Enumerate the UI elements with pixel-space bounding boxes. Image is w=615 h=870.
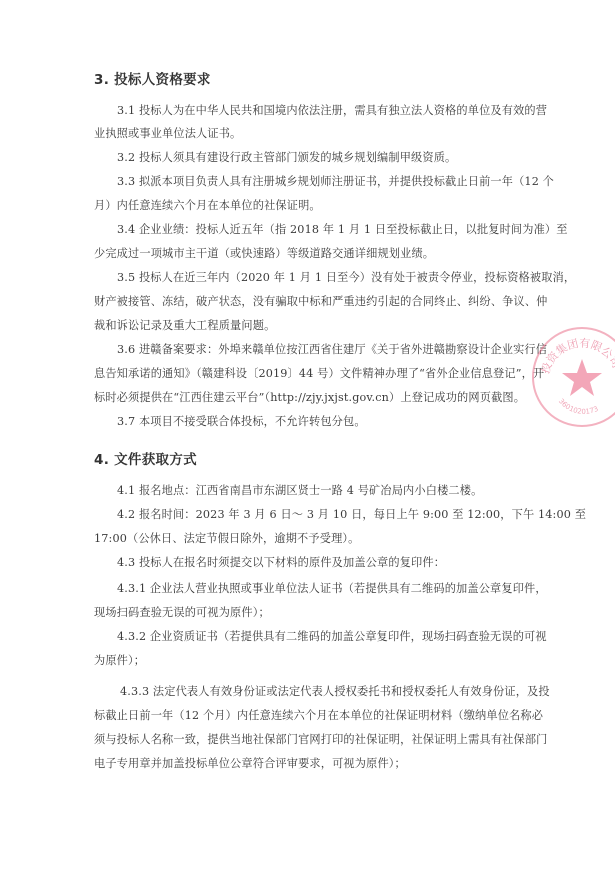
svg-text:3601020173: 3601020173 xyxy=(557,397,600,416)
svg-text:投资集团有限公司: 投资集团有限公司 xyxy=(538,337,615,376)
paragraph-line: 4.3.3 法定代表人有效身份证或法定代表人授权委托书和授权委托人有效身份证，及… xyxy=(120,685,550,699)
official-seal-stamp: 投资集团有限公司 3601020173 xyxy=(532,327,615,427)
paragraph-line: 17:00（公休日、法定节假日除外，逾期不予受理）。 xyxy=(94,532,359,546)
paragraph-line: 4.3.2 企业资质证书（若提供具有二维码的加盖公章复印件，现场扫码查验无误的可… xyxy=(117,630,547,644)
paragraph-line: 3.7 本项目不接受联合体投标，不允许转包分包。 xyxy=(117,415,366,429)
paragraph-line: 现场扫码查验无误的可视为原件）； xyxy=(94,606,270,620)
paragraph-line: 3.6 进赣备案要求：外埠来赣单位按江西省住建厅《关于省外进赣勘察设计企业实行信 xyxy=(117,343,547,357)
paragraph-line: 3.4 企业业绩：投标人近五年（指 2018 年 1 月 1 日至投标截止日，以… xyxy=(117,223,568,237)
paragraph-line: 裁和诉讼记录及重大工程质量问题。 xyxy=(94,319,275,333)
paragraph-line: 3.3 拟派本项目负责人具有注册城乡规划师注册证书，并提供投标截止日前一年（12… xyxy=(117,175,554,189)
star-icon: 投资集团有限公司 3601020173 xyxy=(534,329,615,425)
paragraph-line: 息告知承诺的通知》（赣建科设〔2019〕44 号）文件精神办理了“省外企业信息登… xyxy=(94,367,544,381)
paragraph-line: 标截止日前一年（12 个月）内任意连续六个月在本单位的社保证明材料（缴纳单位名称… xyxy=(94,709,543,723)
paragraph-line: 须与投标人名称一致，提供当地社保部门官网打印的社保证明，社保证明上需具有社保部门 xyxy=(94,733,548,747)
paragraph-line: 为原件）； xyxy=(94,654,145,668)
paragraph-line: 月）内任意连续六个月在本单位的社保证明。 xyxy=(94,199,321,213)
paragraph-line: 4.1 报名地点：江西省南昌市东湖区贤士一路 4 号矿冶局内小白楼二楼。 xyxy=(117,484,482,498)
paragraph-line: 3.1 投标人为在中华人民共和国境内依法注册，需具有独立法人资格的单位及有效的营 xyxy=(117,104,547,118)
paragraph-line: 业执照或事业单位法人证书。 xyxy=(94,127,241,141)
paragraph-line: 少完成过一项城市主干道（或快速路）等级道路交通详细规划业绩。 xyxy=(94,247,434,261)
paragraph-line: 3.5 投标人在近三年内（2020 年 1 月 1 日至今）没有处于被责令停业，… xyxy=(117,271,575,285)
section-heading-3: 3. 投标人资格要求 xyxy=(94,68,211,88)
paragraph-line: 4.3.1 企业法人营业执照或事业单位法人证书（若提供具有二维码的加盖公章复印件… xyxy=(117,582,547,596)
paragraph-line: 3.2 投标人须具有建设行政主管部门颁发的城乡规划编制甲级资质。 xyxy=(117,151,456,165)
paragraph-line: 电子专用章并加盖投标单位公章符合评审要求，可视为原件）； xyxy=(94,757,406,771)
paragraph-line: 4.2 报名时间：2023 年 3 月 6 日～ 3 月 10 日，每日上午 9… xyxy=(117,508,586,522)
paragraph-line: 财产被接管、冻结，破产状态，没有骗取中标和严重违约引起的合同终止、纠纷、争议、仲 xyxy=(94,295,548,309)
section-heading-4: 4. 文件获取方式 xyxy=(94,448,197,468)
document-page: 3. 投标人资格要求 3.1 投标人为在中华人民共和国境内依法注册，需具有独立法… xyxy=(0,0,615,870)
paragraph-line: 标时必须提供在“江西住建云平台”（http://zjy.jxjst.gov.cn… xyxy=(94,391,525,405)
paragraph-line: 4.3 投标人在报名时须提交以下材料的原件及加盖公章的复印件： xyxy=(117,556,445,570)
